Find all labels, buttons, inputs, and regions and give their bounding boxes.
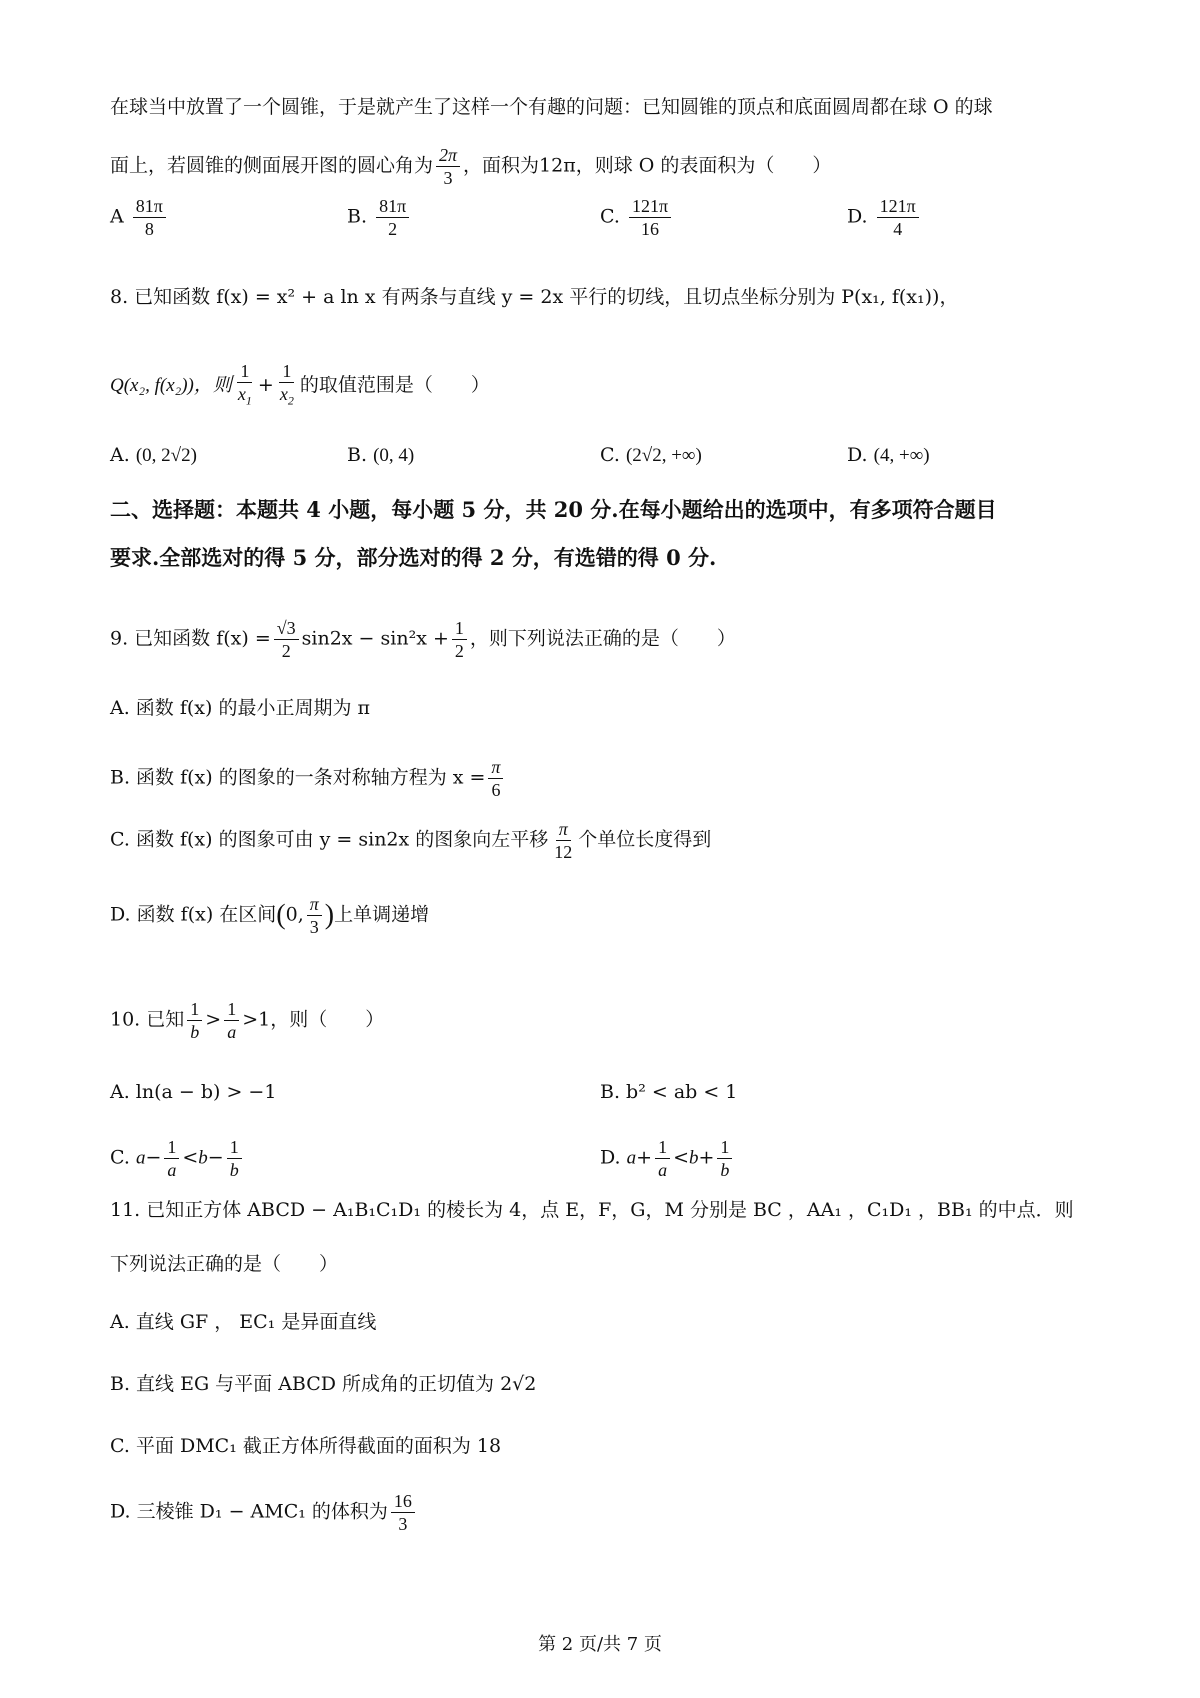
q7-option-d: D. 121π4: [847, 195, 922, 240]
frac-num: 121π: [629, 195, 671, 218]
option-label: D.: [847, 206, 868, 228]
q8-frac-2: 1x2: [277, 360, 297, 412]
frac-num: 81π: [133, 195, 166, 218]
q7-option-a: A 81π8: [110, 195, 169, 240]
option-label: D.: [600, 1147, 621, 1169]
option-fraction: π6: [488, 756, 503, 801]
q10-text-b: ，则（ ）: [270, 1009, 384, 1031]
option-text: (0, 4): [373, 445, 414, 466]
frac-num: 2π: [436, 144, 460, 167]
section2-heading-line2: 要求.全部选对的得 5 分，部分选对的得 2 分，有选错的得 0 分.: [110, 544, 716, 572]
frac-den: 3: [395, 1513, 410, 1535]
frac-den: 3: [441, 167, 456, 189]
frac-den: 2: [452, 640, 467, 662]
q11-stem-line2: 下列说法正确的是（ ）: [110, 1250, 338, 1278]
q8-text-a: Q(x₂, f(x₂))，则: [110, 375, 232, 396]
frac-den: 6: [488, 779, 503, 801]
option-label: D.: [847, 444, 868, 466]
option-text: D. 函数 f(x) 在区间: [110, 904, 276, 926]
option-text-b: 个单位长度得到: [578, 829, 711, 851]
frac-num: π: [556, 818, 571, 841]
option-text: B. 函数 f(x) 的图象的一条对称轴方程为 x =: [110, 767, 485, 789]
frac-num: √3: [274, 617, 299, 640]
option-label: C.: [600, 444, 620, 466]
frac-den: 4: [890, 218, 905, 240]
frac-den: 2: [385, 218, 400, 240]
q9-text-a: 9. 已知函数 f(x) =: [110, 628, 271, 650]
q8-text-b: 的取值范围是（ ）: [300, 374, 490, 396]
option-label: A: [110, 206, 124, 228]
frac-den: 3: [307, 916, 322, 938]
q9-text-b: sin2x − sin²x +: [302, 628, 449, 650]
q8-stem-line1: 8. 已知函数 f(x) = x² + a ln x 有两条与直线 y = 2x…: [110, 283, 958, 311]
frac-den: 12: [551, 841, 575, 863]
option-text: (4, +∞): [874, 445, 930, 466]
option-label: C.: [110, 1147, 130, 1169]
frac-den: 2: [279, 640, 294, 662]
q9-frac-2: 12: [452, 617, 467, 662]
option-text: C. 函数 f(x) 的图象可由 y = sin2x 的图象向左平移: [110, 829, 548, 851]
q10-option-b: B. b² < ab < 1: [600, 1078, 737, 1106]
q10-option-c: C. a−1a<b−1b: [110, 1136, 245, 1181]
q9-option-b: B. 函数 f(x) 的图象的一条对称轴方程为 x =π6: [110, 756, 506, 801]
q8-option-d: D. (4, +∞): [847, 441, 930, 470]
q7-option-b: B. 81π2: [347, 195, 412, 240]
q7-stem-line2: 面上，若圆锥的侧面展开图的圆心角为2π3，面积为12π，则球 O 的表面积为（ …: [110, 144, 831, 189]
option-label: B.: [347, 444, 367, 466]
option-fraction: 163: [391, 1490, 415, 1535]
option-fraction: π12: [551, 818, 575, 863]
q11-option-b: B. 直线 EG 与平面 ABCD 所成角的正切值为 2√2: [110, 1370, 536, 1398]
frac-num: 16: [391, 1490, 415, 1513]
q9-stem: 9. 已知函数 f(x) =√32sin2x − sin²x +12，则下列说法…: [110, 617, 736, 662]
q11-option-c: C. 平面 DMC₁ 截正方体所得截面的面积为 18: [110, 1432, 501, 1460]
q8-option-c: C. (2√2, +∞): [600, 441, 702, 470]
q10-text-a: 10. 已知: [110, 1009, 184, 1031]
page-number: 第 2 页/共 7 页: [0, 1630, 1200, 1656]
option-label: B.: [347, 206, 367, 228]
frac-num: π: [488, 756, 503, 779]
option-text: (0, 2√2): [136, 445, 197, 466]
q10-option-a: A. ln(a − b) > −1: [110, 1078, 276, 1106]
option-fraction: π3: [307, 893, 322, 938]
q7-text-a: 面上，若圆锥的侧面展开图的圆心角为: [110, 155, 433, 177]
option-fraction: 121π16: [629, 195, 671, 240]
q11-stem-line1: 11. 已知正方体 ABCD − A₁B₁C₁D₁ 的棱长为 4，点 E，F，G…: [110, 1196, 1074, 1224]
q9-option-c: C. 函数 f(x) 的图象可由 y = sin2x 的图象向左平移π12个单位…: [110, 818, 711, 863]
q8-frac-1: 1x1: [235, 360, 255, 412]
q10-option-d: D. a+1a<b+1b: [600, 1136, 735, 1181]
frac-num: 1: [452, 617, 467, 640]
q7-option-c: C. 121π16: [600, 195, 674, 240]
q9-frac-1: √32: [274, 617, 299, 662]
q7-text-b: ，面积为12π，则球 O 的表面积为（ ）: [463, 155, 831, 177]
option-fraction: 121π4: [877, 195, 919, 240]
q8-option-b: B. (0, 4): [347, 441, 414, 470]
frac-num: 81π: [376, 195, 409, 218]
q8-option-a: A. (0, 2√2): [110, 441, 197, 470]
q8-stem-line2: Q(x₂, f(x₂))，则1x1+1x2的取值范围是（ ）: [110, 360, 490, 412]
option-label: C.: [600, 206, 620, 228]
frac-den: 8: [142, 218, 157, 240]
option-text-b: 上单调递增: [334, 904, 429, 926]
option-text: (2√2, +∞): [626, 445, 702, 466]
option-fraction: 81π2: [376, 195, 409, 240]
q7-angle-fraction: 2π3: [436, 144, 460, 189]
q9-option-a: A. 函数 f(x) 的最小正周期为 π: [110, 694, 370, 722]
q7-stem-line1: 在球当中放置了一个圆锥，于是就产生了这样一个有趣的问题：已知圆锥的顶点和底面圆周…: [110, 93, 993, 121]
option-label: A.: [110, 444, 130, 466]
q11-option-d: D. 三棱锥 D₁ − AMC₁ 的体积为163: [110, 1490, 418, 1535]
section2-heading-line1: 二、选择题：本题共 4 小题，每小题 5 分，共 20 分.在每小题给出的选项中…: [110, 496, 997, 524]
frac-num: 121π: [877, 195, 919, 218]
q11-option-a: A. 直线 GF ， EC₁ 是异面直线: [110, 1308, 376, 1336]
option-fraction: 81π8: [133, 195, 166, 240]
frac-den: 16: [638, 218, 662, 240]
q9-text-c: ，则下列说法正确的是（ ）: [470, 628, 736, 650]
frac-num: π: [307, 893, 322, 916]
option-text: D. 三棱锥 D₁ − AMC₁ 的体积为: [110, 1501, 388, 1523]
q10-stem: 10. 已知1b>1a>1，则（ ）: [110, 998, 384, 1043]
q9-option-d: D. 函数 f(x) 在区间(0,π3)上单调递增: [110, 893, 429, 938]
